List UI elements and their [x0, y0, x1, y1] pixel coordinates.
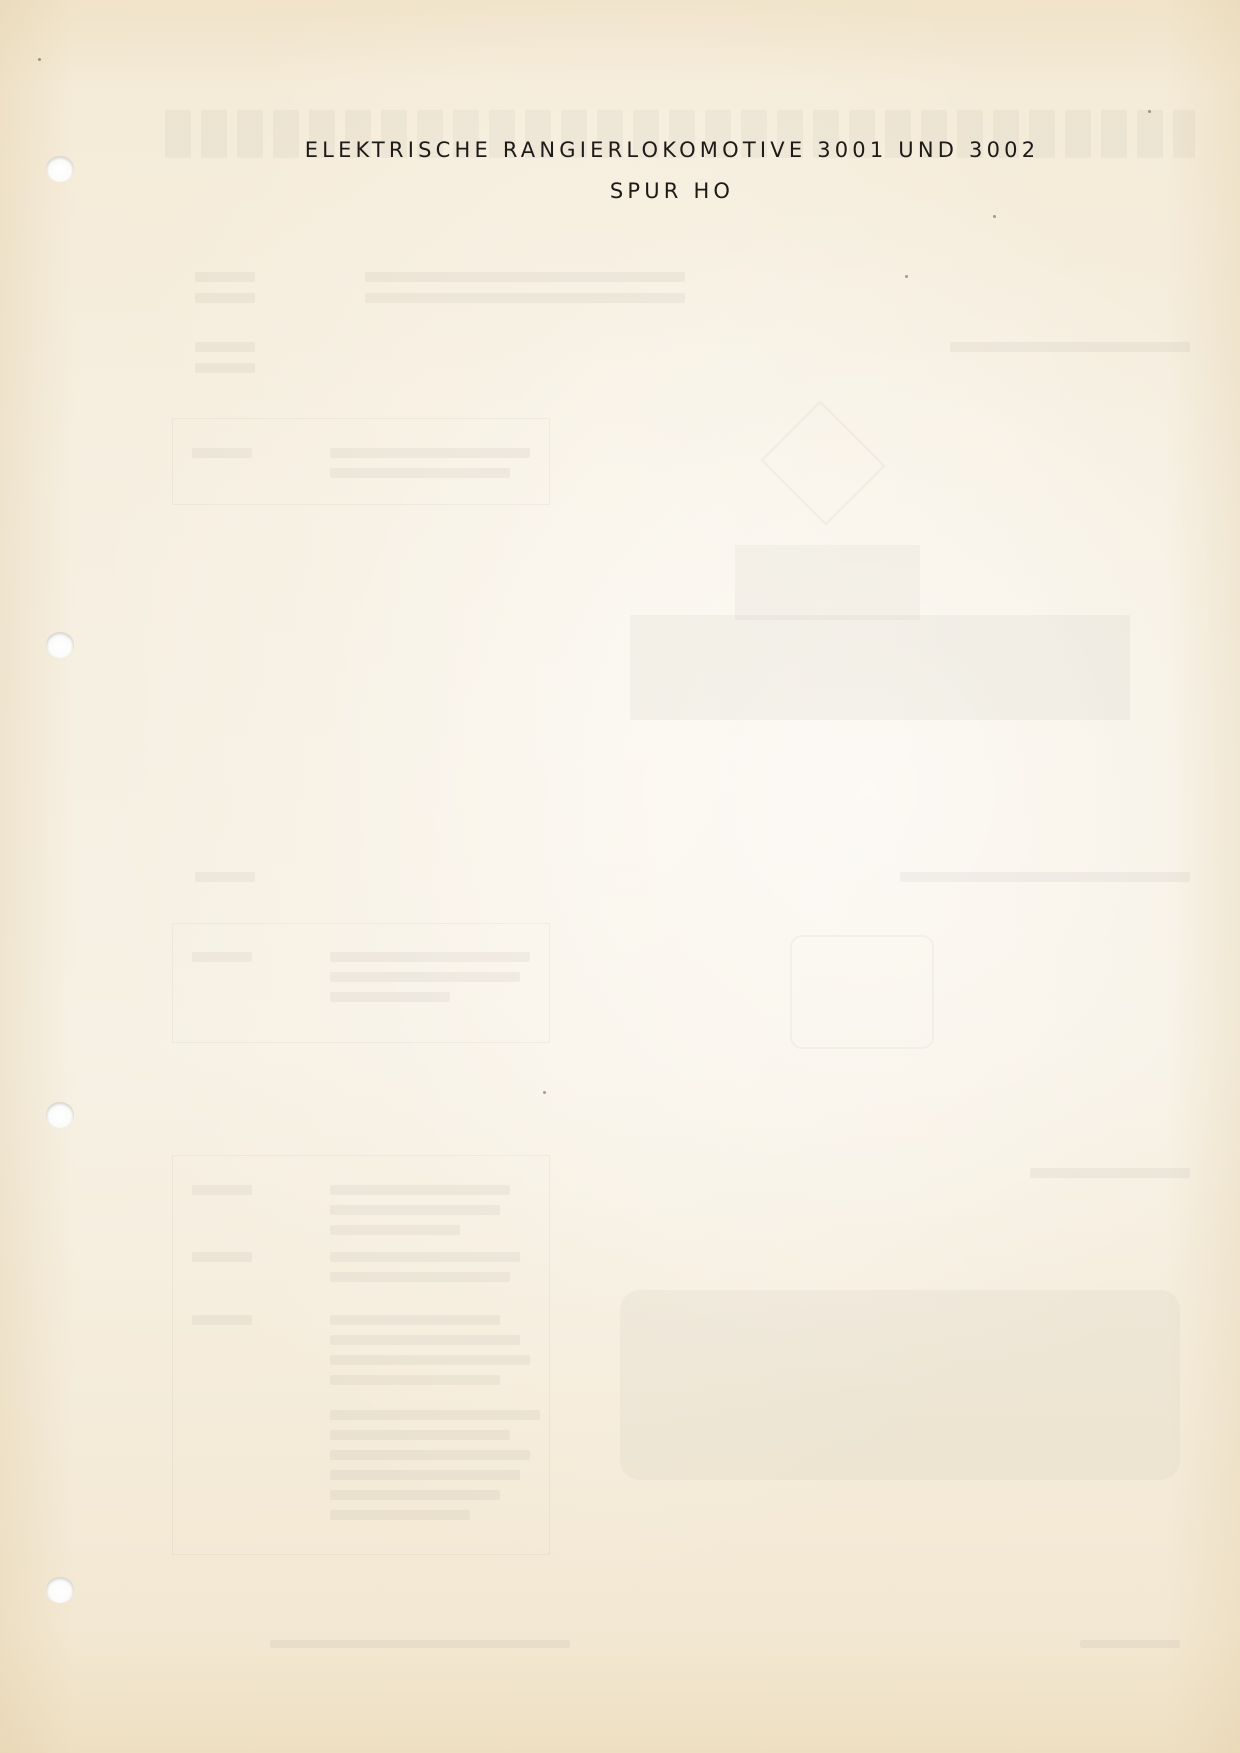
reverse-side-bleed-text	[192, 1185, 252, 1195]
reverse-side-bleed-text	[330, 1252, 520, 1262]
reverse-side-bleed-text	[365, 272, 685, 282]
reverse-side-bleed-text	[195, 293, 255, 303]
punch-hole	[46, 632, 74, 658]
reverse-side-bleed-box	[172, 923, 550, 1043]
reverse-side-bleed-text	[195, 363, 255, 373]
reverse-side-bleed-text	[330, 1410, 540, 1420]
reverse-side-bleed-text	[270, 1640, 570, 1648]
reverse-side-bleed-text	[330, 1335, 520, 1345]
reverse-side-bleed-text	[330, 972, 520, 982]
reverse-side-bleed-text	[330, 1510, 470, 1520]
reverse-side-bleed-text	[192, 1252, 252, 1262]
reverse-side-bleed-text	[195, 272, 255, 282]
dust-speck	[1148, 110, 1151, 113]
reverse-side-bleed-illustration	[790, 935, 934, 1049]
reverse-side-bleed-text	[950, 342, 1190, 352]
reverse-side-bleed-text	[195, 342, 255, 352]
reverse-side-bleed-text	[330, 1205, 500, 1215]
reverse-side-bleed-text	[900, 872, 1190, 882]
reverse-side-bleed-text	[330, 1225, 460, 1235]
reverse-side-bleed-text	[192, 1315, 252, 1325]
punch-hole	[46, 1577, 74, 1603]
dust-speck	[38, 58, 41, 61]
reverse-side-bleed-box	[172, 418, 550, 505]
document-title: ELEKTRISCHE RANGIERLOKOMOTIVE 3001 UND 3…	[52, 138, 1240, 162]
dust-speck	[543, 1091, 546, 1094]
reverse-side-bleed-text	[330, 1450, 530, 1460]
reverse-side-bleed-text	[330, 1375, 500, 1385]
reverse-side-bleed-illustration	[630, 615, 1130, 720]
reverse-side-bleed-text	[1030, 1168, 1190, 1178]
punch-hole	[46, 1102, 74, 1128]
reverse-side-bleed-text	[330, 448, 530, 458]
reverse-side-bleed-text	[1080, 1640, 1180, 1648]
reverse-side-bleed-box	[172, 1155, 550, 1555]
reverse-side-bleed-illustration	[760, 400, 886, 526]
dust-speck	[905, 275, 908, 278]
document-subtitle: SPUR HO	[52, 179, 1240, 203]
reverse-side-bleed-text	[365, 293, 685, 303]
reverse-side-bleed-text	[330, 952, 530, 962]
reverse-side-bleed-illustration	[735, 545, 920, 620]
scanned-document-page: ELEKTRISCHE RANGIERLOKOMOTIVE 3001 UND 3…	[0, 0, 1240, 1753]
reverse-side-bleed-text	[330, 1315, 500, 1325]
reverse-side-bleed-text	[330, 468, 510, 478]
dust-speck	[993, 215, 996, 218]
reverse-side-bleed-text	[330, 1272, 510, 1282]
reverse-side-bleed-text	[192, 448, 252, 458]
reverse-side-bleed-text	[330, 1470, 520, 1480]
reverse-side-bleed-text	[330, 1355, 530, 1365]
reverse-side-bleed-text	[330, 1430, 510, 1440]
reverse-side-bleed-text	[330, 1185, 510, 1195]
reverse-side-bleed-text	[330, 1490, 500, 1500]
reverse-side-bleed-text	[195, 872, 255, 882]
reverse-side-bleed-illustration	[620, 1290, 1180, 1480]
reverse-side-bleed-text	[330, 992, 450, 1002]
reverse-side-bleed-text	[192, 952, 252, 962]
